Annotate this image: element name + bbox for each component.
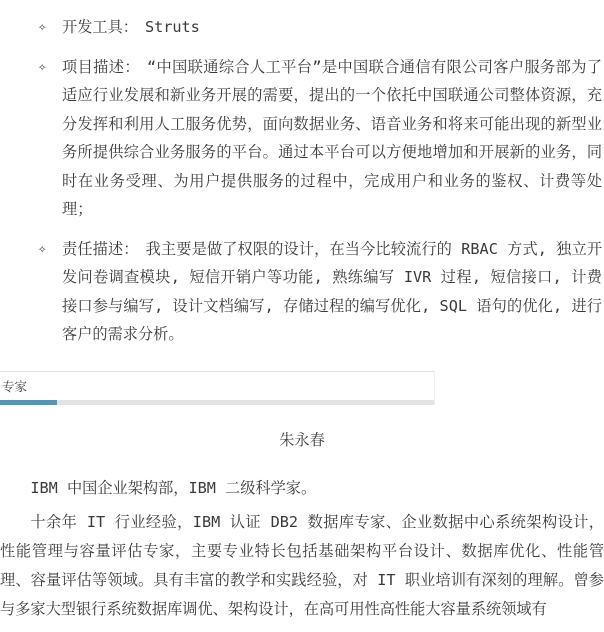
expert-bio: 十余年 IT 行业经验，IBM 认证 DB2 数据库专家、企业数据中心系统架构设… [0, 508, 604, 624]
diamond-bullet-icon: ✧ [38, 235, 62, 264]
section-tab-expert[interactable]: 专家 [0, 371, 435, 405]
list-item-project-description: ✧ 项目描述：“中国联通综合人工平台”是中国联合通信有限公司客户服务部为了适应行… [0, 53, 604, 224]
list-item-label: 项目描述： [62, 58, 140, 76]
diamond-bullet-icon: ✧ [38, 53, 62, 82]
list-item-text: Struts [145, 18, 200, 36]
expert-name: 朱永春 [0, 431, 604, 449]
list-item-dev-tools: ✧ 开发工具：Struts [0, 13, 604, 42]
list-item-content: 开发工具：Struts [62, 13, 604, 42]
section-tab-track [0, 400, 434, 405]
list-item-label: 开发工具： [62, 18, 138, 36]
section-tab-label: 专家 [0, 379, 434, 395]
list-item-responsibility: ✧ 责任描述：我主要是做了权限的设计，在当今比较流行的 RBAC 方式, 独立开… [0, 235, 604, 349]
project-detail-list: ✧ 开发工具：Struts ✧ 项目描述：“中国联通综合人工平台”是中国联合通信… [0, 13, 604, 349]
document-page: ✧ 开发工具：Struts ✧ 项目描述：“中国联通综合人工平台”是中国联合通信… [0, 0, 604, 632]
diamond-bullet-icon: ✧ [38, 13, 62, 42]
list-item-text: “中国联通综合人工平台”是中国联合通信有限公司客户服务部为了适应行业发展和新业务… [62, 58, 602, 219]
section-tab-active-indicator [0, 400, 57, 405]
expert-affiliation: IBM 中国企业架构部，IBM 二级科学家。 [0, 479, 604, 497]
list-item-content: 责任描述：我主要是做了权限的设计，在当今比较流行的 RBAC 方式, 独立开发问… [62, 235, 604, 349]
list-item-label: 责任描述： [62, 240, 139, 258]
list-item-text: 我主要是做了权限的设计，在当今比较流行的 RBAC 方式, 独立开发问卷调查模块… [62, 240, 602, 344]
list-item-content: 项目描述：“中国联通综合人工平台”是中国联合通信有限公司客户服务部为了适应行业发… [62, 53, 604, 224]
